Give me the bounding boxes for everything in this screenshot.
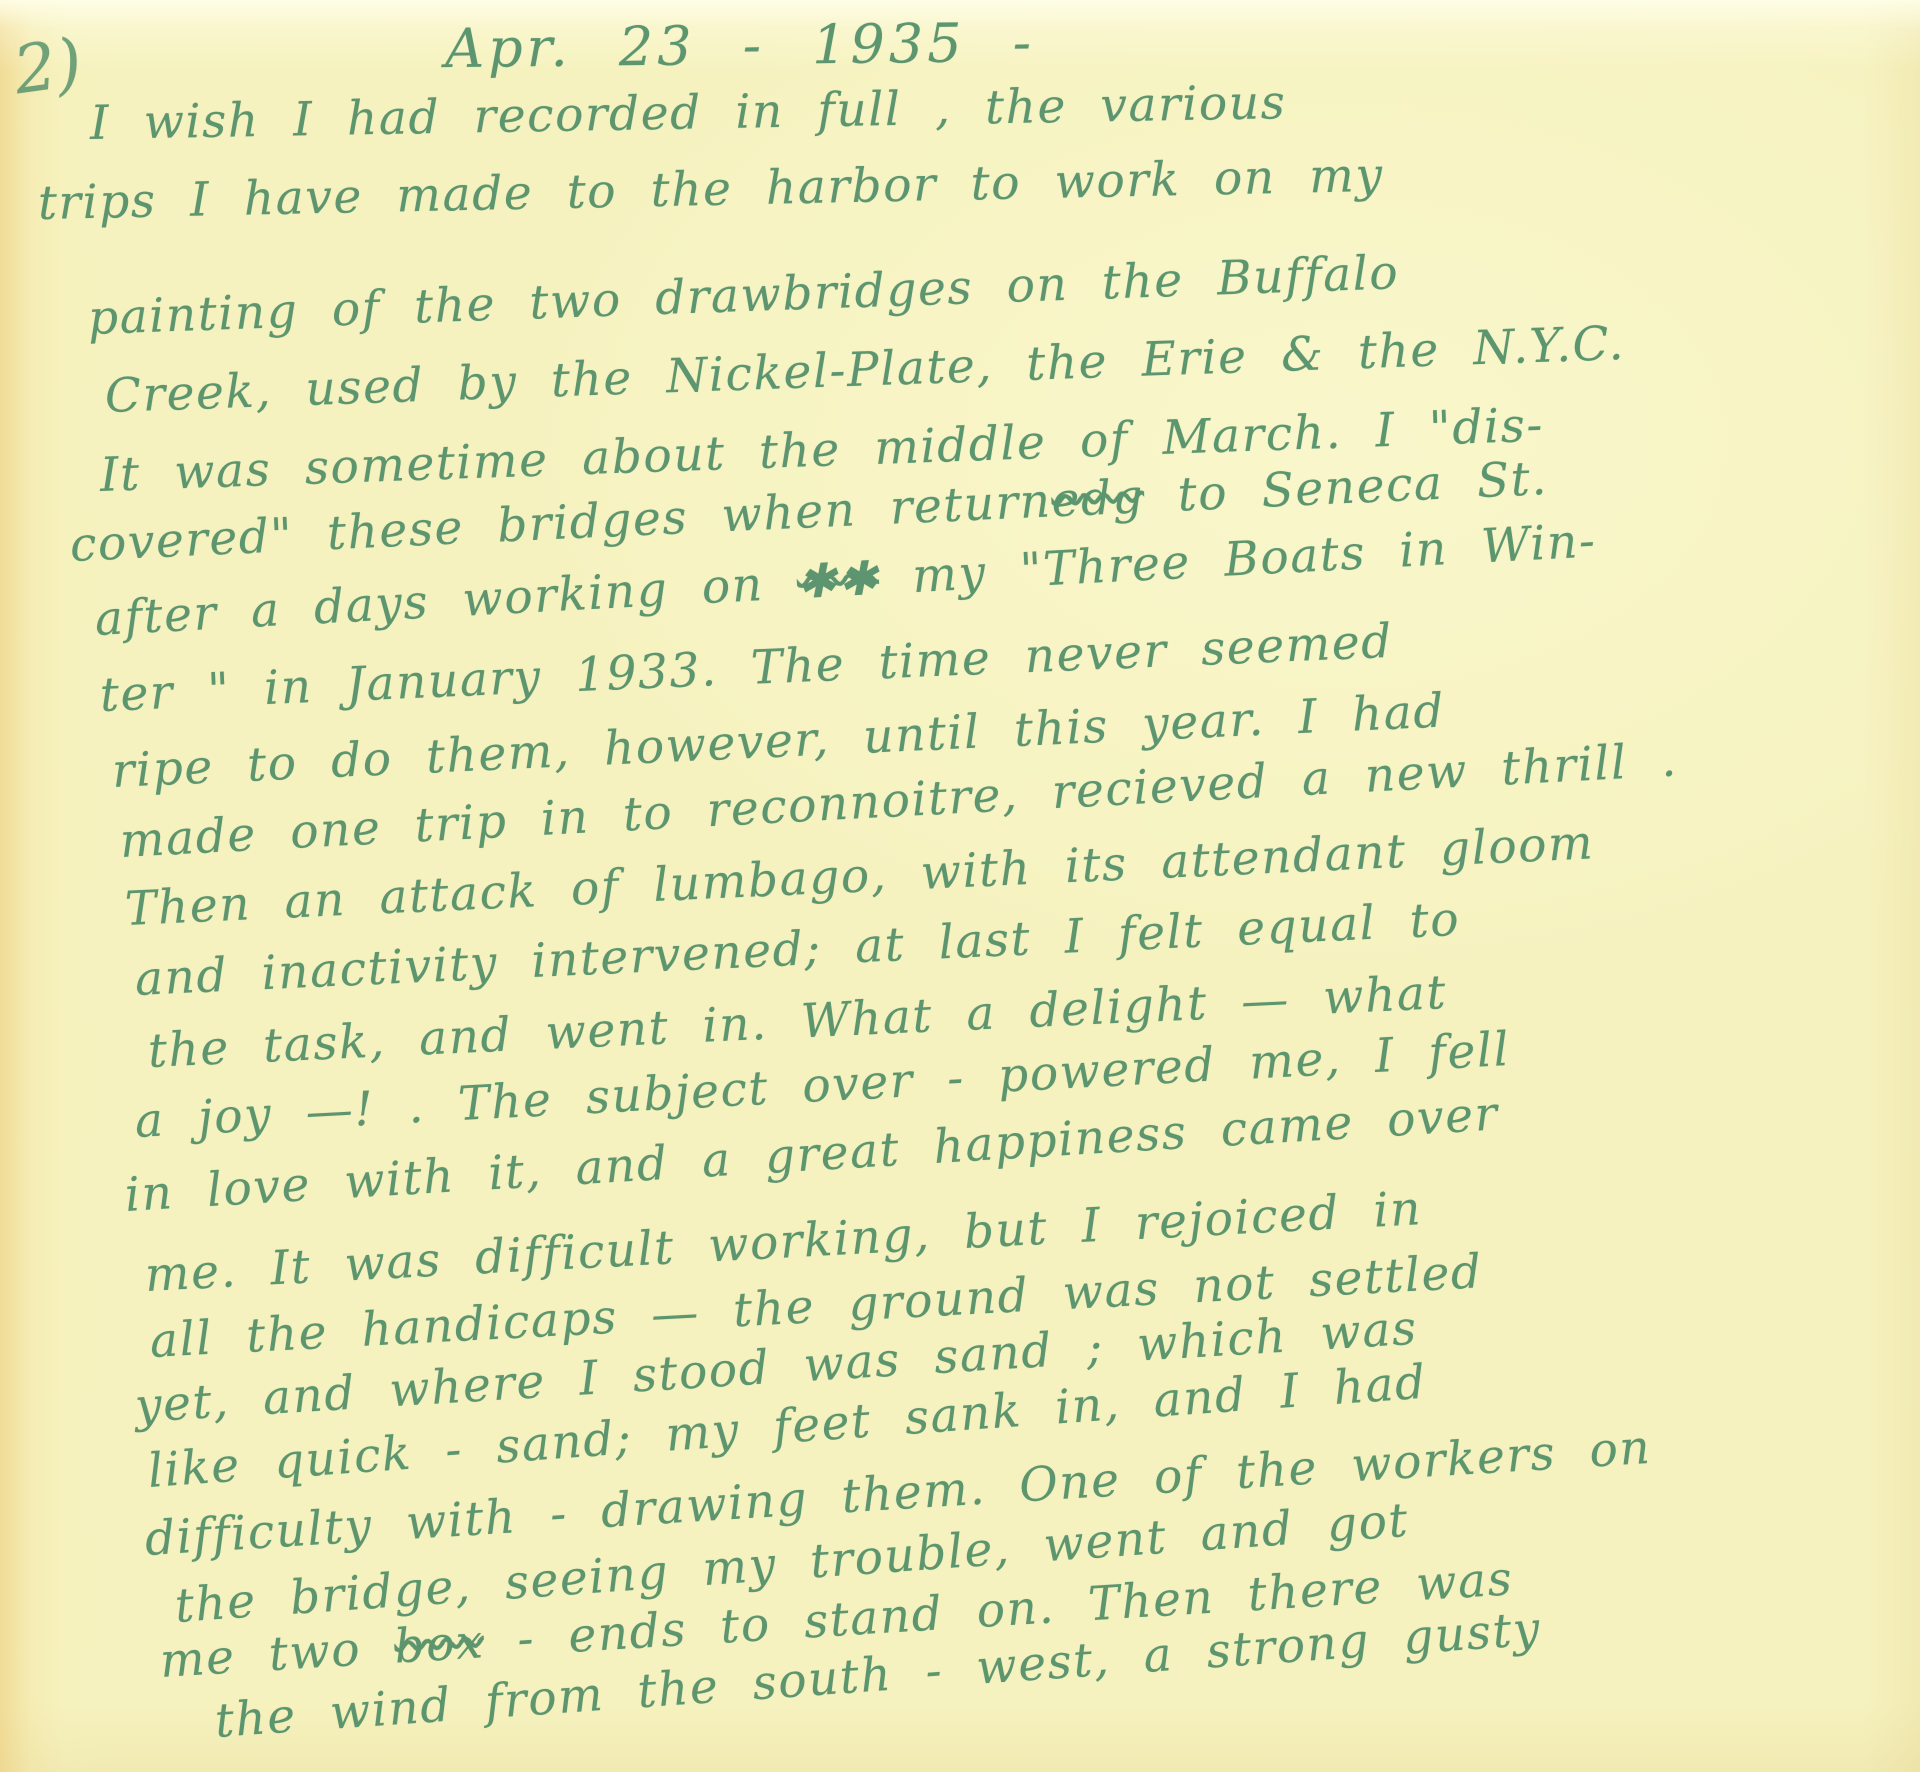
handwritten-line: painting of the two drawbridges on the B… — [87, 249, 1400, 342]
diary-page: 2) Apr. 23 - 1935 - I wish I had recorde… — [0, 0, 1920, 1772]
handwritten-line: trips I have made to the harbor to work … — [38, 152, 1385, 227]
page-number: 2) — [9, 24, 87, 110]
scribbled-out-text: box — [393, 1614, 486, 1674]
handwritten-line: I wish I had recorded in full , the vari… — [90, 79, 1287, 147]
scribbled-out-text: ✱✱ — [796, 551, 881, 610]
overwritten-text: edg — [1050, 469, 1145, 528]
entry-date: Apr. 23 - 1935 - — [445, 11, 1036, 80]
